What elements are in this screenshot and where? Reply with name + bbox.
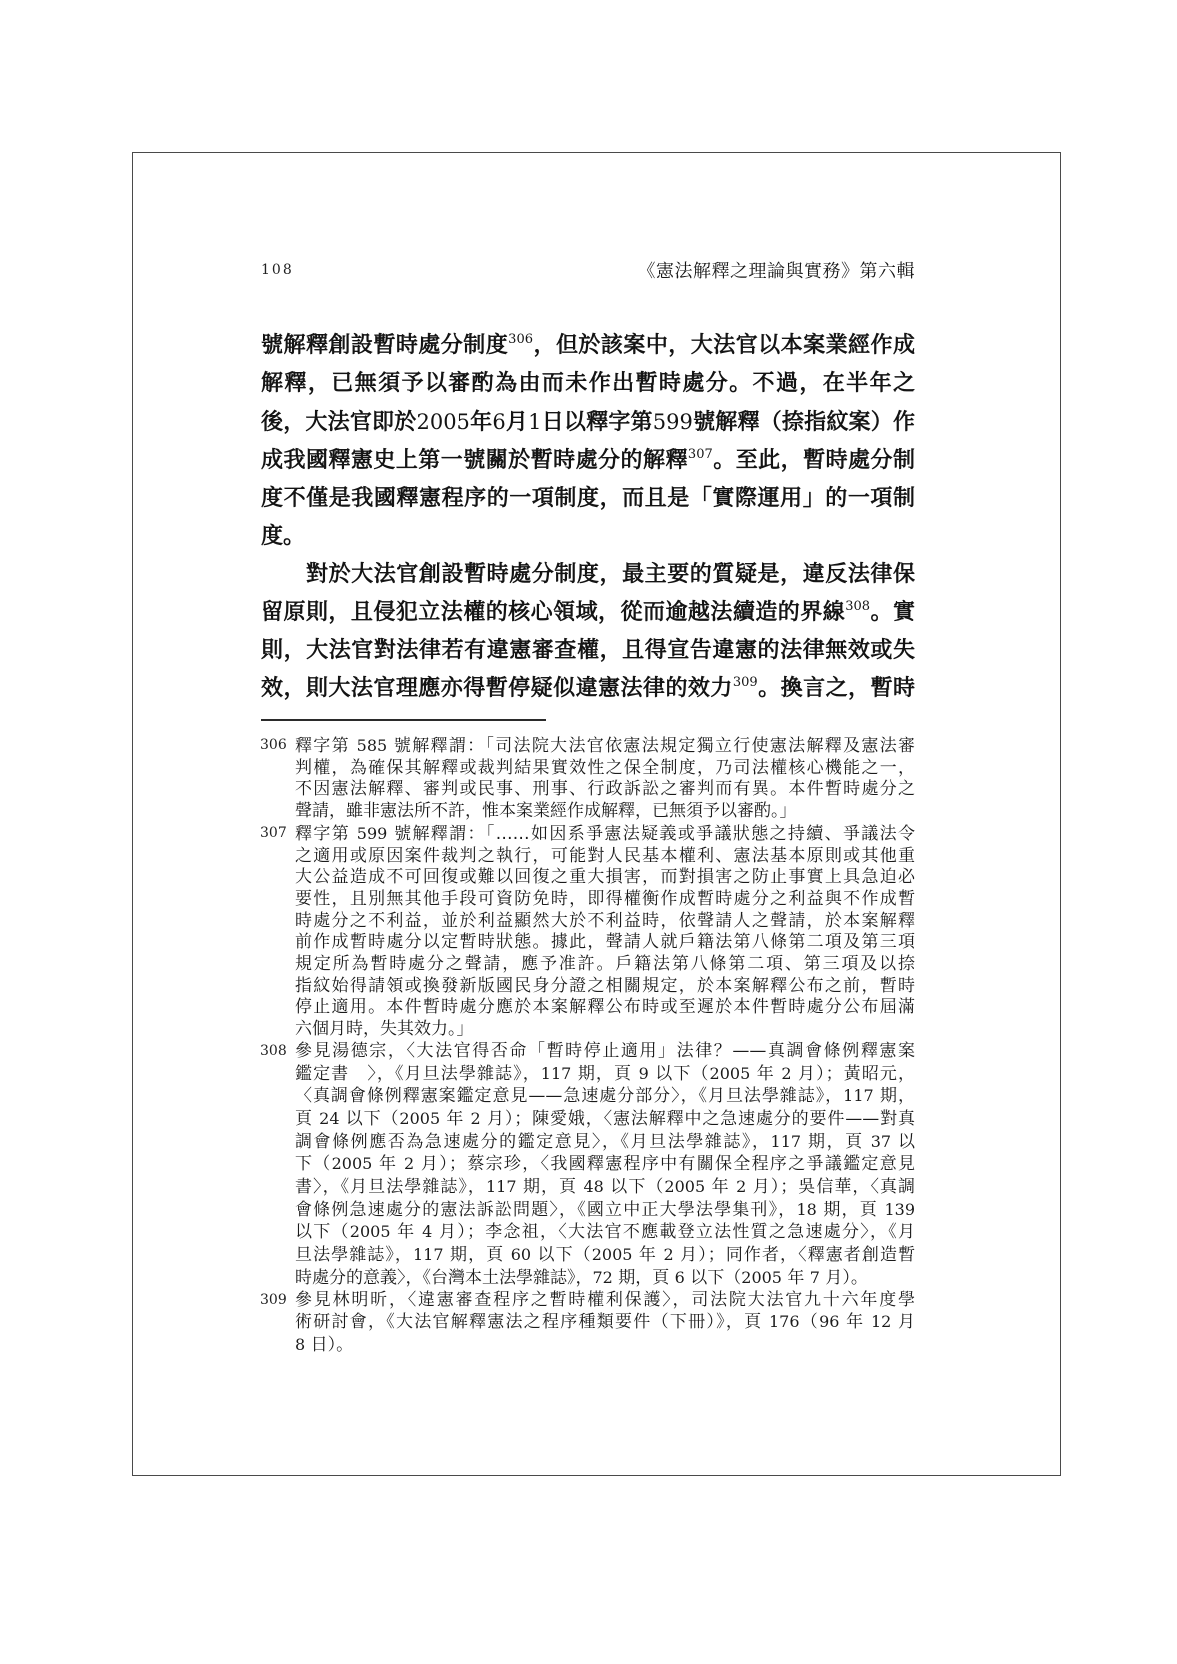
footnote-line: 〈真調會條例釋憲案鑑定意見——急速處分部分〉，《月旦法學雜誌》，117 期， [295,1085,915,1108]
latin-numeral: 72 [593,1268,613,1287]
latin-numeral: 2005 [416,410,469,434]
body-line: 效，則大法官理應亦得暫停疑似違憲法律的效力309。換言之，暫時 [261,670,915,708]
footnote: 308參見湯德宗，〈大法官得否命「暫時停止適用」法律？——真調會條例釋憲案鑑定書… [260,1041,915,1290]
latin-numeral: 117 [771,1132,802,1151]
footnote-line: 下（2005 年 2 月）；蔡宗珍，〈我國釋憲程序中有關保全程序之爭議鑑定意見 [295,1153,915,1176]
latin-numeral: 48 [584,1177,604,1196]
body-line: 成我國釋憲史上第一號關於暫時處分的解釋307。至此，暫時處分制 [261,442,915,480]
footnote-line: 不因憲法解釋、審判或民事、刑事、行政訴訟之審判而有異。本件暫時處分之 [295,779,915,801]
page-number: 108 [261,262,294,278]
footnote-line: 要性，且別無其他手段可資防免時，即得權衡作成暫時處分之利益與不作成暫 [295,889,915,911]
latin-numeral: 24 [319,1109,339,1128]
latin-numeral: 4 [422,1222,432,1241]
footnote-number: 307 [260,823,295,845]
footnote-number: 308 [260,1041,295,1063]
footnote-line: 調會條例應否為急速處分的鑑定意見〉，《月旦法學雜誌》，117 期，頁 37 以 [295,1131,915,1154]
footnote-number: 306 [260,735,295,757]
latin-numeral: 9 [639,1064,649,1083]
footnote-reference: 308 [845,599,870,614]
footnote-line: 時處分的意義〉，《台灣本土法學雜誌》，72 期，頁 6 以下（2005 年 7 … [295,1267,915,1290]
latin-numeral: 2005 [332,1154,373,1173]
latin-numeral: 2005 [350,1222,391,1241]
footnote-line: 停止適用。本件暫時處分應於本案解釋公布時或至遲於本件暫時處分公布屆滿 [295,997,915,1019]
latin-numeral: 2 [663,1245,673,1264]
footnote-line: 書〉，《月旦法學雜誌》，117 期，頁 48 以下（2005 年 2 月）；吳信… [295,1176,915,1199]
latin-numeral: 6 [492,410,505,434]
body-line: 號解釋創設暫時處分制度306，但於該案中，大法官以本案業經作成 [261,327,915,365]
footnote-line: 大公益造成不可回復或難以回復之重大損害，而對損害之防止事實上具急迫必 [295,867,915,889]
latin-numeral: 2005 [399,1109,440,1128]
scanned-book-page: 108 《憲法解釋之理論與實務》第六輯 號解釋創設暫時處分制度306，但於該案中… [0,0,1177,1664]
footnote-line: 術研討會，《大法官解釋憲法之程序種類要件（下冊）》，頁 176（96 年 12 … [295,1311,915,1334]
latin-numeral: 117 [541,1064,572,1083]
latin-numeral: 599 [653,410,693,434]
running-title: 《憲法解釋之理論與實務》第六輯 [638,257,916,283]
latin-numeral: 599 [357,824,388,843]
latin-numeral: 6 [675,1268,685,1287]
footnote-line: 頁 24 以下（2005 年 2 月）；陳愛娥，〈憲法解釋中之急速處分的要件——… [295,1108,915,1131]
footnote-reference: 309 [733,675,758,690]
footnote-line: 鑑定書 〉，《月旦法學雜誌》，117 期，頁 9 以下（2005 年 2 月）；… [295,1063,915,1086]
footnote-line: 前作成暫時處分以定暫時狀態。據此，聲請人就戶籍法第八條第二項及第三項 [295,932,915,954]
latin-numeral: 1 [528,410,541,434]
footnote-separator-rule [261,719,546,721]
footnote-text: 釋字第 599 號解釋謂：「……如因系爭憲法疑義或爭議狀態之持續、爭議法令之適用… [295,823,915,1041]
body-line: 度。 [261,518,915,556]
body-line: 對於大法官創設暫時處分制度，最主要的質疑是，違反法律保 [261,556,915,594]
latin-numeral: 96 [819,1312,839,1331]
footnote-line: 六個月時，失其效力。」 [295,1019,915,1041]
footnote-line: 聲請，雖非憲法所不許，惟本案業經作成解釋，已無須予以審酌。」 [295,801,915,823]
latin-numeral: 2005 [664,1177,705,1196]
footnote-line: 會條例急速處分的憲法訴訟問題〉，《國立中正大學法學集刊》，18 期，頁 139 [295,1199,915,1222]
footnote-reference: 307 [688,447,713,462]
footnote-text: 參見林明昕，〈違憲審查程序之暫時權利保護〉，司法院大法官九十六年度學術研討會，《… [295,1290,915,1357]
latin-numeral: 117 [486,1177,517,1196]
body-line: 留原則，且侵犯立法權的核心領域，從而逾越法續造的界線308。實 [261,594,915,632]
footnote-line: 參見湯德宗，〈大法官得否命「暫時停止適用」法律？——真調會條例釋憲案 [295,1041,915,1063]
body-line: 解釋，已無須予以審酌為由而未作出暫時處分。不過，在半年之 [261,365,915,403]
latin-numeral: 117 [843,1086,874,1105]
latin-numeral: 2 [471,1109,481,1128]
footnote-line: 指紋始得請領或換發新版國民身分證之相關規定，於本案解釋公布之前，暫時 [295,976,915,998]
body-line: 後，大法官即於2005年6月1日以釋字第599號解釋（捺指紋案）作 [261,403,915,442]
latin-numeral: 2005 [741,1268,782,1287]
latin-numeral: 18 [796,1200,816,1219]
footnote-line: 旦法學雜誌》，117 期，頁 60 以下（2005 年 2 月）；同作者，〈釋憲… [295,1244,915,1267]
footnote-line: 釋字第 585 號解釋謂：「司法院大法官依憲法規定獨立行使憲法解釋及憲法審 [295,735,915,758]
latin-numeral: 60 [511,1245,531,1264]
latin-numeral: 176 [769,1312,800,1331]
latin-numeral: 8 [295,1335,305,1354]
latin-numeral: 12 [871,1312,891,1331]
footnote-text: 釋字第 585 號解釋謂：「司法院大法官依憲法規定獨立行使憲法解釋及憲法審判權，… [295,735,915,823]
footnote: 309參見林明昕，〈違憲審查程序之暫時權利保護〉，司法院大法官九十六年度學術研討… [260,1290,915,1357]
footnote-line: 釋字第 599 號解釋謂：「……如因系爭憲法疑義或爭議狀態之持續、爭議法令 [295,823,915,846]
footnote-number: 309 [260,1290,295,1312]
footnote: 307釋字第 599 號解釋謂：「……如因系爭憲法疑義或爭議狀態之持續、爭議法令… [260,823,915,1041]
latin-numeral: 2 [736,1177,746,1196]
footnote-reference: 306 [508,332,533,347]
footnote-line: 時處分之不利益，並於利益顯然大於不利益時，依聲請人之聲請，於本案解釋 [295,911,915,933]
latin-numeral: 117 [413,1245,444,1264]
footnotes-section: 306釋字第 585 號解釋謂：「司法院大法官依憲法規定獨立行使憲法解釋及憲法審… [260,735,915,1357]
latin-numeral: 2 [404,1154,414,1173]
footnote-line: 8 日）。 [295,1334,915,1357]
footnote-text: 參見湯德宗，〈大法官得否命「暫時停止適用」法律？——真調會條例釋憲案鑑定書 〉，… [295,1041,915,1290]
footnote-line: 規定所為暫時處分之聲請，應予准許。戶籍法第八條第二項、第三項及以捺 [295,954,915,976]
latin-numeral: 7 [810,1268,820,1287]
latin-numeral: 2 [781,1064,791,1083]
latin-numeral: 2005 [592,1245,633,1264]
main-body-text: 號解釋創設暫時處分制度306，但於該案中，大法官以本案業經作成解釋，已無須予以審… [261,327,915,708]
latin-numeral: 2005 [710,1064,751,1083]
latin-numeral: 37 [871,1132,891,1151]
latin-numeral: 139 [884,1200,915,1219]
body-line: 則，大法官對法律若有違憲審查權，且得宣告違憲的法律無效或失 [261,632,915,670]
footnote-line: 參見林明昕，〈違憲審查程序之暫時權利保護〉，司法院大法官九十六年度學 [295,1290,915,1312]
footnote-line: 判權，為確保其解釋或裁判結果實效性之保全制度，乃司法權核心機能之一， [295,758,915,780]
footnote: 306釋字第 585 號解釋謂：「司法院大法官依憲法規定獨立行使憲法解釋及憲法審… [260,735,915,823]
footnote-line: 之適用或原因案件裁判之執行，可能對人民基本權利、憲法基本原則或其他重 [295,846,915,868]
body-line: 度不僅是我國釋憲程序的一項制度，而且是「實際運用」的一項制 [261,480,915,518]
footnote-line: 以下（2005 年 4 月）；李念祖，〈大法官不應載登立法性質之急速處分〉，《月 [295,1221,915,1244]
running-header: 108 《憲法解釋之理論與實務》第六輯 [261,258,915,282]
latin-numeral: 585 [357,736,388,755]
